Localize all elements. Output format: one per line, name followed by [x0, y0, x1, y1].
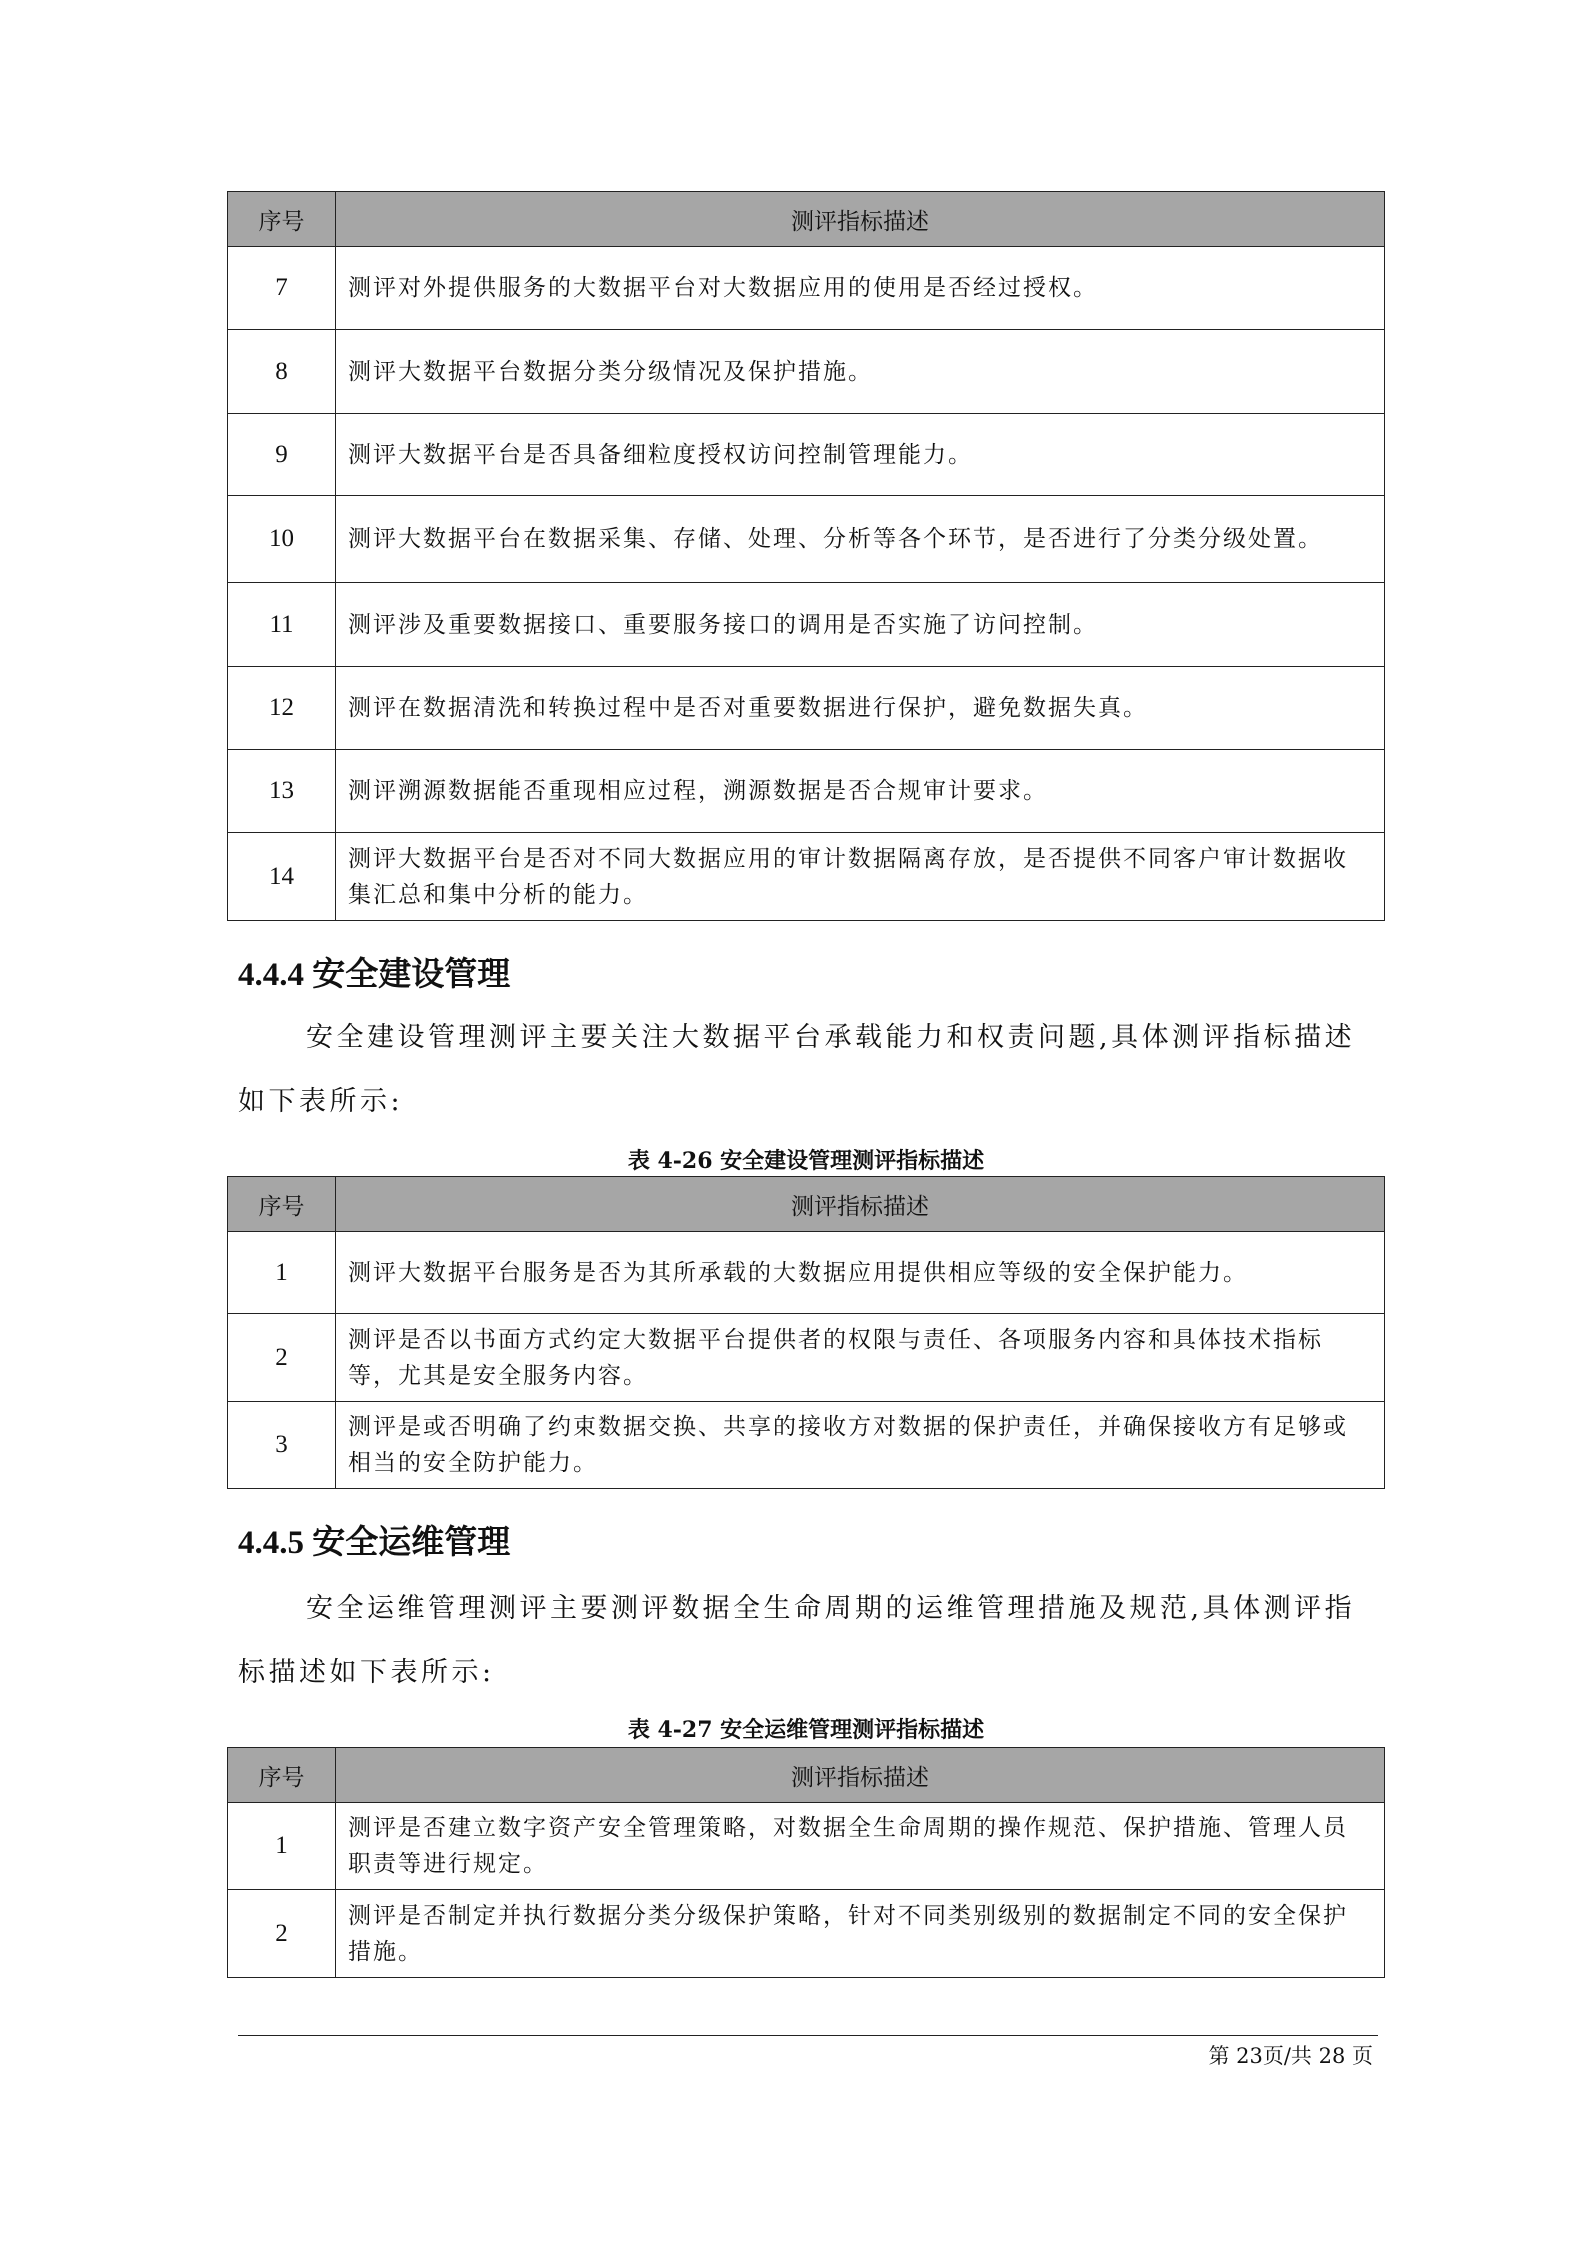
table-row: 10测评大数据平台在数据采集、存储、处理、分析等各个环节，是否进行了分类分级处置… [228, 496, 1385, 583]
table-row: 13测评溯源数据能否重现相应过程，溯源数据是否合规审计要求。 [228, 750, 1385, 833]
header-desc: 测评指标描述 [336, 1748, 1385, 1803]
table-continued: 序号测评指标描述 7测评对外提供服务的大数据平台对大数据应用的使用是否经过授权。… [227, 191, 1385, 921]
table-row: 9测评大数据平台是否具备细粒度授权访问控制管理能力。 [228, 414, 1385, 496]
table-row: 8测评大数据平台数据分类分级情况及保护措施。 [228, 330, 1385, 414]
footer-divider [238, 2035, 1378, 2036]
table-row: 7测评对外提供服务的大数据平台对大数据应用的使用是否经过授权。 [228, 247, 1385, 330]
table-4-26: 序号测评指标描述 1测评大数据平台服务是否为其所承载的大数据应用提供相应等级的安… [227, 1176, 1385, 1489]
header-id: 序号 [228, 1177, 336, 1232]
header-desc: 测评指标描述 [336, 1177, 1385, 1232]
section-paragraph: 安全建设管理测评主要关注大数据平台承载能力和权责问题,具体测评指标描述如下表所示… [238, 1006, 1378, 1134]
page-number: 第 23页/共 28 页 [1208, 2040, 1373, 2070]
table-caption: 表 4-27 安全运维管理测评指标描述 [227, 1713, 1385, 1744]
table-row: 11测评涉及重要数据接口、重要服务接口的调用是否实施了访问控制。 [228, 583, 1385, 667]
table-4-27: 序号测评指标描述 1测评是否建立数字资产安全管理策略，对数据全生命周期的操作规范… [227, 1747, 1385, 1978]
table-row: 2测评是否制定并执行数据分类分级保护策略，针对不同类别级别的数据制定不同的安全保… [228, 1890, 1385, 1978]
table-row: 1测评是否建立数字资产安全管理策略，对数据全生命周期的操作规范、保护措施、管理人… [228, 1803, 1385, 1890]
section-paragraph: 安全运维管理测评主要测评数据全生命周期的运维管理措施及规范,具体测评指标描述如下… [238, 1577, 1378, 1705]
section-heading: 4.4.4 安全建设管理 [238, 948, 510, 995]
table-row: 1测评大数据平台服务是否为其所承载的大数据应用提供相应等级的安全保护能力。 [228, 1232, 1385, 1314]
table-caption: 表 4-26 安全建设管理测评指标描述 [227, 1144, 1385, 1175]
table-row: 14测评大数据平台是否对不同大数据应用的审计数据隔离存放，是否提供不同客户审计数… [228, 833, 1385, 921]
table-row: 12测评在数据清洗和转换过程中是否对重要数据进行保护，避免数据失真。 [228, 667, 1385, 750]
header-desc: 测评指标描述 [336, 192, 1385, 247]
table-row: 3测评是或否明确了约束数据交换、共享的接收方对数据的保护责任，并确保接收方有足够… [228, 1402, 1385, 1489]
table-row: 2测评是否以书面方式约定大数据平台提供者的权限与责任、各项服务内容和具体技术指标… [228, 1314, 1385, 1402]
header-id: 序号 [228, 192, 336, 247]
header-id: 序号 [228, 1748, 336, 1803]
section-heading: 4.4.5 安全运维管理 [238, 1516, 510, 1563]
